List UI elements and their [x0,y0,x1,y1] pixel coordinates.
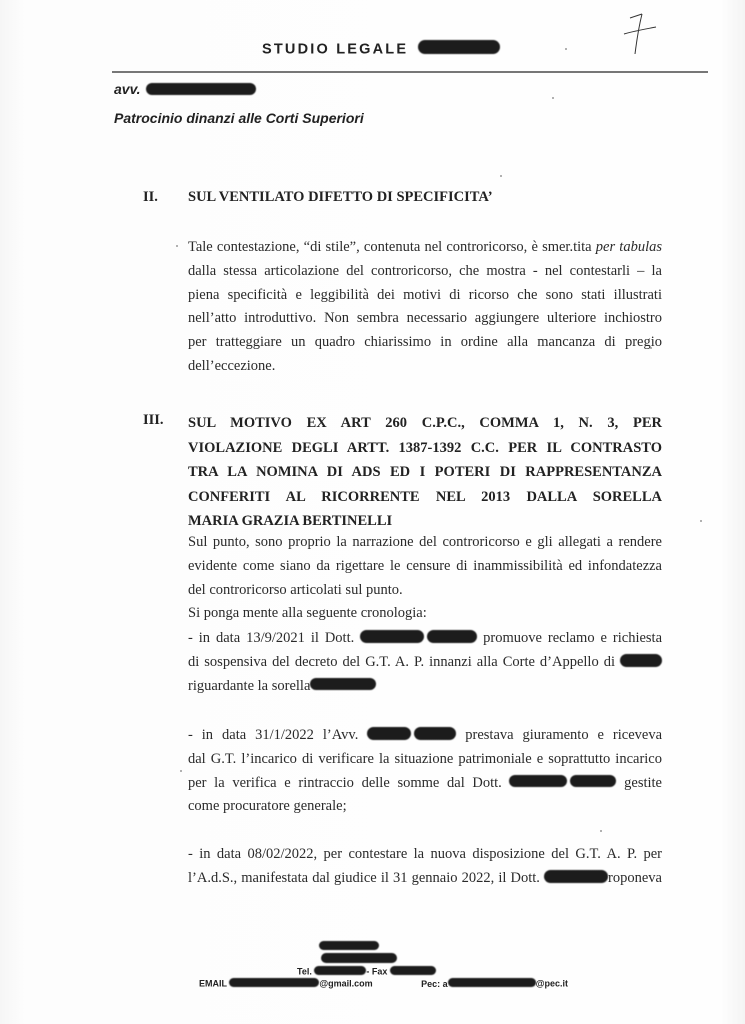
paragraph-line: piena specificità e leggibilità dei moti… [188,284,662,308]
footer-address-line [321,953,397,965]
paragraph-line: Si ponga mente alla seguente cronologia: [188,602,662,626]
redacted-phone [314,966,366,975]
paragraph-line: dell’eccezione. [188,355,662,379]
paragraph-line: dalla stessa articolazione del controric… [188,260,662,284]
lawyer-prefix: avv. [114,81,140,97]
redacted-pec [448,978,536,987]
redacted-fax [390,966,436,975]
scan-speck [650,347,652,349]
scan-speck [176,245,178,247]
paragraph-line: Tale contestazione, “di stile”, contenut… [188,236,662,260]
title-line: VIOLAZIONE DEGLI ARTT. 1387-1392 C.C. PE… [188,436,662,461]
section-title: SUL VENTILATO DIFETTO DI SPECIFICITA’ [188,189,493,206]
scan-speck [565,48,567,50]
redacted-firm-surname [418,40,500,54]
title-line: SUL MOTIVO EX ART 260 C.P.C., COMMA 1, N… [188,411,662,436]
redacted-name [509,775,567,787]
document-page: STUDIO LEGALE avv. Patrocinio dinanzi al… [0,0,745,1024]
redacted-name [414,727,456,739]
redacted-name [570,775,616,787]
redacted-name [544,870,608,882]
paragraph-line: del controricorso articolati sul punto. [188,579,662,603]
footer-address-line [319,941,379,952]
redacted-email [229,978,319,987]
redacted-address [319,941,379,950]
section-paragraph: Sul punto, sono proprio la narrazione de… [188,531,662,626]
paragraph-line: nell’atto introduttivo. Non sembra neces… [188,307,662,331]
scan-speck [552,97,554,99]
scan-speck [180,770,182,772]
lawyer-line: avv. [114,81,256,97]
tagline: Patrocinio dinanzi alle Corti Superiori [114,110,364,126]
section-number: II. [143,189,158,206]
redacted-city [620,654,662,666]
scan-speck [700,520,702,522]
redacted-name [310,678,376,690]
section-title: SUL MOTIVO EX ART 260 C.P.C., COMMA 1, N… [188,411,662,534]
redacted-name [367,727,411,739]
footer-phone-line: Tel. - Fax [297,966,436,977]
redacted-address [321,953,397,963]
firm-name: STUDIO LEGALE [262,41,408,57]
redacted-lawyer-name [146,83,256,95]
handwritten-page-number [622,12,658,56]
paragraph-line: evidente come siano da rigettare le cens… [188,555,662,579]
section-number: III. [143,412,164,429]
firm-header: STUDIO LEGALE [262,40,500,57]
header-rule [112,71,708,73]
redacted-name [427,630,477,642]
scan-speck [600,830,602,832]
italic-phrase: per tabulas [596,239,662,255]
title-line: CONFERITI AL RICORRENTE NEL 2013 DALLA S… [188,485,662,510]
redacted-name [360,630,424,642]
chronology-item: - in data 08/02/2022, per contestare la … [188,843,662,891]
chronology-item: - in data 13/9/2021 il Dott. promuove re… [188,627,662,698]
chronology-item: - in data 31/1/2022 l’Avv. prestava giur… [188,724,662,819]
paragraph-line: per tratteggiare un quadro chiarissimo i… [188,331,662,355]
paragraph-line: Sul punto, sono proprio la narrazione de… [188,531,662,555]
footer-email-line: EMAIL @gmail.com Pec: a@pec.it [199,978,568,989]
section-paragraph: Tale contestazione, “di stile”, contenut… [188,236,662,379]
scan-speck [500,175,502,177]
title-line: TRA LA NOMINA DI ADS ED I POTERI DI RAPP… [188,460,662,485]
